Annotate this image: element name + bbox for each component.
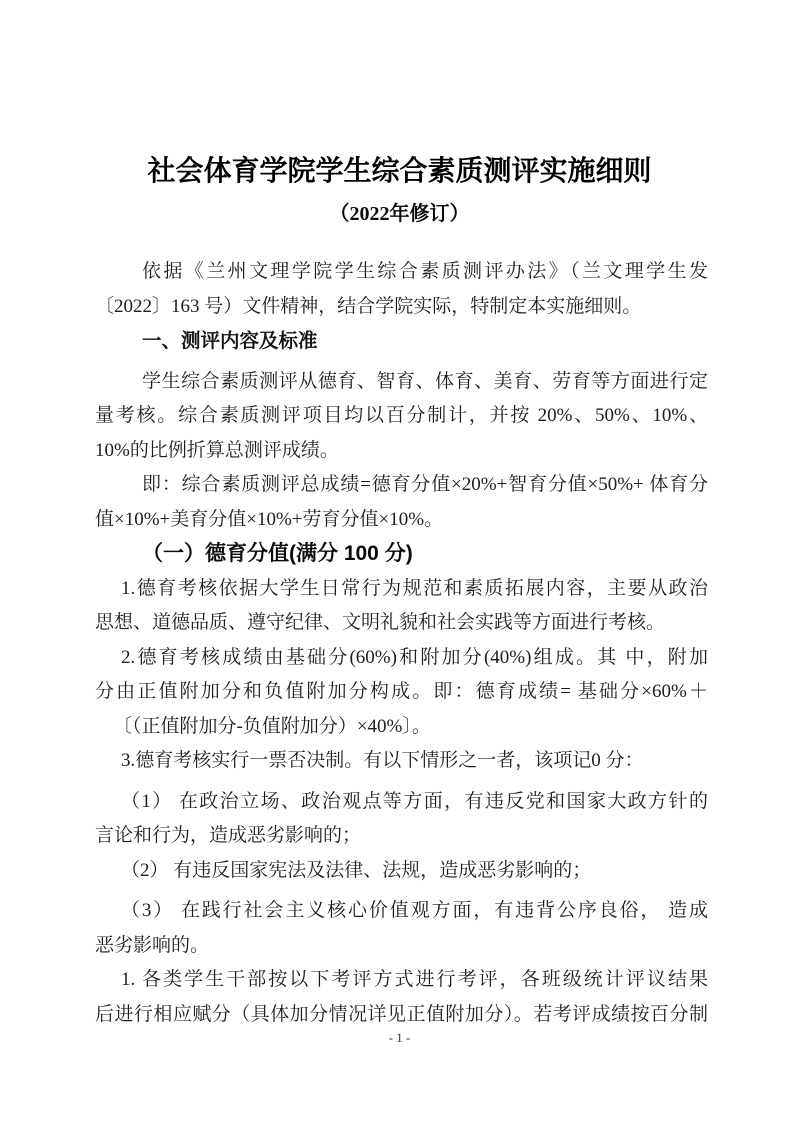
text-line: 思想、道德品质、遵守纪律、文明礼貌和社会实践等方面进行考核。: [95, 606, 708, 641]
text-line: （3） 在践行社会主义核心价值观方面，有违背公序良俗， 造成: [95, 894, 708, 929]
subsection-heading: （一）德育分值(满分 100 分): [95, 537, 708, 572]
text-line: 量考核。综合素质测评项目均以百分制计，并按 20%、50%、10%、10%、: [95, 399, 708, 434]
text-line: 值×10%+美育分值×10%+劳育分值×10%。: [95, 503, 708, 538]
page-number: - 1 -: [0, 1030, 799, 1046]
text-line: （1） 在政治立场、政治观点等方面，有违反党和国家大政方针的: [95, 785, 708, 820]
text-line: 2.德育考核成绩由基础分(60%)和附加分(40%)组成。其 中，附加: [95, 641, 708, 676]
document-title: 社会体育学院学生综合素质测评实施细则: [0, 149, 799, 189]
text-line: 1.德育考核依据大学生日常行为规范和素质拓展内容，主要从政治: [95, 572, 708, 607]
document-page: 社会体育学院学生综合素质测评实施细则 （2022年修订） 依据《兰州文理学院学生…: [0, 0, 799, 1131]
text-line: 后进行相应赋分（具体加分情况详见正值附加分）。若考评成绩按百分制: [95, 998, 708, 1033]
text-line: 〔2022〕163 号）文件精神，结合学院实际，特制定本实施细则。: [95, 290, 708, 325]
document-body: 依据《兰州文理学院学生综合素质测评办法》（兰文理学生发〔2022〕163 号）文…: [95, 255, 708, 1032]
text-line: 学生综合素质测评从德育、智育、体育、美育、劳育等方面进行定: [95, 365, 708, 400]
text-line: 〔（正值附加分-负值附加分）×40%〕。: [95, 710, 708, 745]
text-line: 言论和行为，造成恶劣影响的；: [95, 819, 708, 854]
text-line: （2） 有违反国家宪法及法律、法规，造成恶劣影响的；: [95, 854, 708, 889]
document-subtitle: （2022年修订）: [0, 197, 799, 226]
text-line: 依据《兰州文理学院学生综合素质测评办法》（兰文理学生发: [95, 255, 708, 290]
text-line: 恶劣影响的。: [95, 929, 708, 964]
text-line: 即：综合素质测评总成绩=德育分值×20%+智育分值×50%+ 体育分: [95, 468, 708, 503]
text-line: 10%的比例折算总测评成绩。: [95, 434, 708, 469]
text-line: 分由正值附加分和负值附加分构成。即：德育成绩= 基础分×60%＋: [95, 675, 708, 710]
text-line: 3.德育考核实行一票否决制。有以下情形之一者，该项记0 分：: [95, 744, 708, 779]
section-heading: 一、测评内容及标准: [95, 324, 708, 359]
text-line: 1. 各类学生干部按以下考评方式进行考评，各班级统计评议结果: [95, 963, 708, 998]
